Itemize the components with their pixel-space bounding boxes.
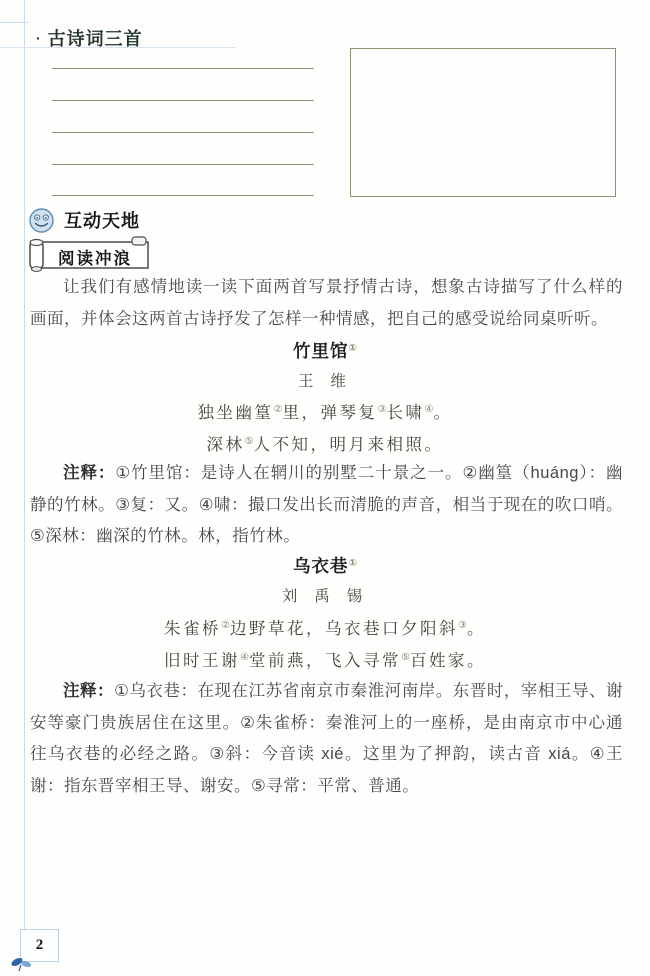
leaf-decoration-icon — [8, 951, 36, 973]
poem1-notes: 注释：①竹里馆：是诗人在辋川的别墅二十景之一。②幽篁（huáng）：幽静的竹林。… — [30, 458, 623, 553]
writing-line — [52, 68, 314, 69]
writing-line — [52, 195, 314, 196]
reading-banner: 阅读冲浪 — [28, 236, 154, 274]
notes-text: ①乌衣巷：在现在江苏省南京市秦淮河南岸。东晋时，宰相王导、谢安等豪门贵族居住在这… — [30, 682, 623, 795]
poem2-title: 乌衣巷① — [0, 553, 650, 578]
chapter-header: ·古诗词三首 — [36, 25, 143, 51]
left-margin-guide-line — [24, 0, 25, 929]
poem1-verse-line: 深林⑤人不知，明月来相照。 — [0, 431, 650, 455]
poem2-notes: 注释：①乌衣巷：在现在江苏省南京市秦淮河南岸。东晋时，宰相王导、谢安等豪门贵族居… — [30, 676, 623, 802]
writing-line — [52, 132, 314, 133]
poem2-verse-line: 旧时王谢④堂前燕，飞入寻常⑤百姓家。 — [0, 647, 650, 671]
poem2-author: 刘 禹 锡 — [0, 584, 650, 606]
banner-label: 阅读冲浪 — [58, 245, 132, 269]
poem1-verse-line: 独坐幽篁②里，弹琴复③长啸④。 — [0, 399, 650, 423]
workbook-page: ·古诗词三首 互动天地 阅读冲浪 让我们有感情地读一读下面两首写景抒情古诗，想象 — [0, 0, 650, 976]
notes-label: 注释： — [63, 682, 114, 700]
answer-box — [350, 48, 616, 197]
writing-line — [52, 100, 314, 101]
chapter-title: 古诗词三首 — [48, 29, 143, 49]
section-header: 互动天地 — [28, 206, 140, 234]
poem1-author: 王 维 — [0, 369, 650, 391]
intro-paragraph: 让我们有感情地读一读下面两首写景抒情古诗，想象古诗描写了什么样的画面，并体会这两… — [30, 272, 623, 335]
section-title: 互动天地 — [64, 207, 140, 233]
notes-label: 注释： — [63, 464, 115, 482]
notes-text: ①竹里馆：是诗人在辋川的别墅二十景之一。②幽篁（huáng）：幽静的竹林。③复：… — [30, 464, 623, 545]
page-number: 2 — [36, 937, 44, 954]
poem2-verse-line: 朱雀桥②边野草花，乌衣巷口夕阳斜③。 — [0, 615, 650, 639]
smiley-face-icon — [28, 207, 55, 234]
bullet-icon: · — [36, 30, 42, 46]
writing-line — [52, 164, 314, 165]
top-margin-tick — [0, 22, 29, 23]
poem1-title: 竹里馆① — [0, 338, 650, 363]
